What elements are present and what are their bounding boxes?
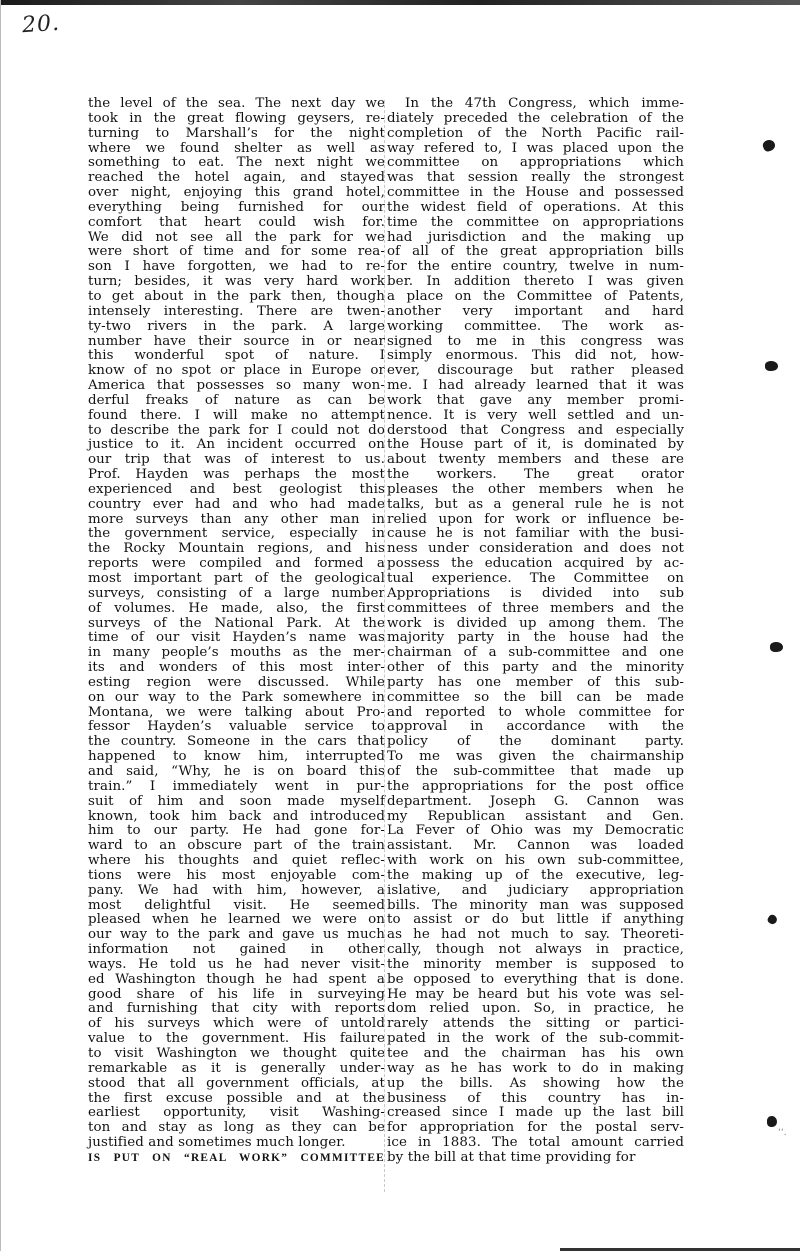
text-line: another very important and hard bbox=[387, 305, 684, 320]
text-line: cause he is not familiar with the busi- bbox=[387, 527, 684, 542]
text-line: for appropriation for the postal serv- bbox=[387, 1121, 684, 1136]
text-line: this wonderful spot of nature. I bbox=[88, 349, 385, 364]
text-line: took in the great flowing geysers, re- bbox=[88, 112, 385, 127]
text-line: derful freaks of nature as can be bbox=[88, 394, 385, 409]
text-line: diately preceded the celebration of the bbox=[387, 112, 684, 127]
text-line: up the bills. As showing how the bbox=[387, 1077, 684, 1092]
text-line: experienced and best geologist this bbox=[88, 483, 385, 498]
text-line: completion of the North Pacific rail- bbox=[387, 127, 684, 142]
text-line: to get about in the park then, though bbox=[88, 290, 385, 305]
text-line: to describe the park for I could not do bbox=[88, 424, 385, 439]
text-line: the House part of it, is dominated by bbox=[387, 438, 684, 453]
text-line: for the entire country, twelve in num- bbox=[387, 260, 684, 275]
text-line: derstood that Congress and especially bbox=[387, 424, 684, 439]
text-line: surveys, consisting of a large number bbox=[88, 587, 385, 602]
text-line: most important part of the geological bbox=[88, 572, 385, 587]
left-text-column: the level of the sea. The next day wetoo… bbox=[88, 97, 385, 1166]
text-line: of his surveys which were of untold bbox=[88, 1017, 385, 1032]
text-line: simply enormous. This did not, how- bbox=[387, 349, 684, 364]
text-line: the appropriations for the post office bbox=[387, 780, 684, 795]
text-line: on our way to the Park somewhere in bbox=[88, 691, 385, 706]
text-line: him to our party. He had gone for- bbox=[88, 824, 385, 839]
text-line: possess the education acquired by ac- bbox=[387, 557, 684, 572]
text-line: where we found shelter as well as bbox=[88, 142, 385, 157]
text-line: talks, but as a general rule he is not bbox=[387, 498, 684, 513]
text-line: by the bill at that time providing for bbox=[387, 1151, 684, 1166]
text-line: and furnishing that city with reports bbox=[88, 1002, 385, 1017]
text-line: nence. It is very well settled and un- bbox=[387, 409, 684, 424]
text-line: ways. He told us he had never visit- bbox=[88, 958, 385, 973]
text-line: in many people’s mouths as the mer- bbox=[88, 646, 385, 661]
text-line: turning to Marshall’s for the night bbox=[88, 127, 385, 142]
text-line: ty-two rivers in the park. A large bbox=[88, 320, 385, 335]
right-text-column: In the 47th Congress, which imme-diately… bbox=[387, 97, 684, 1166]
text-line: ton and stay as long as they can be bbox=[88, 1121, 385, 1136]
text-line: number have their source in or near bbox=[88, 335, 385, 350]
text-line: policy of the dominant party. bbox=[387, 735, 684, 750]
text-line: turn; besides, it was very hard work bbox=[88, 275, 385, 290]
text-line: way refered to, I was placed upon the bbox=[387, 142, 684, 157]
text-line: chairman of a sub-committee and one bbox=[387, 646, 684, 661]
text-line: committees of three members and the bbox=[387, 602, 684, 617]
text-line: esting region were discussed. While bbox=[88, 676, 385, 691]
text-line: He may be heard but his vote was sel- bbox=[387, 988, 684, 1003]
text-line: America that possesses so many won- bbox=[88, 379, 385, 394]
text-line: In the 47th Congress, which imme- bbox=[387, 97, 684, 112]
text-line: ed Washington though he had spent a bbox=[88, 973, 385, 988]
text-line: majority party in the house had the bbox=[387, 631, 684, 646]
text-line: something to eat. The next night we bbox=[88, 156, 385, 171]
scan-top-edge bbox=[0, 0, 800, 5]
text-line: most delightful visit. He seemed bbox=[88, 899, 385, 914]
text-line: a place on the Committee of Patents, bbox=[387, 290, 684, 305]
text-line: the government service, especially in bbox=[88, 527, 385, 542]
text-line: more surveys than any other man in bbox=[88, 513, 385, 528]
text-line: cally, though not always in practice, bbox=[387, 943, 684, 958]
text-line: its and wonders of this most inter- bbox=[88, 661, 385, 676]
text-line: known, took him back and introduced bbox=[88, 810, 385, 825]
text-line: surveys of the National Park. At the bbox=[88, 617, 385, 632]
text-line: with work on his own sub-committee, bbox=[387, 854, 684, 869]
text-line: tee and the chairman has his own bbox=[387, 1047, 684, 1062]
text-line: Montana, we were talking about Pro- bbox=[88, 706, 385, 721]
text-line: tions were his most enjoyable com- bbox=[88, 869, 385, 884]
text-line: had jurisdiction and the making up bbox=[387, 231, 684, 246]
text-line: business of this country has in- bbox=[387, 1092, 684, 1107]
text-line: stood that all government officials, at bbox=[88, 1077, 385, 1092]
text-line: be opposed to everything that is done. bbox=[387, 973, 684, 988]
text-line: time the committee on appropriations bbox=[387, 216, 684, 231]
text-line: creased since I made up the last bill bbox=[387, 1106, 684, 1121]
text-line: pleased when he learned we were on bbox=[88, 913, 385, 928]
text-line: work is divided up among them. The bbox=[387, 617, 684, 632]
text-line: everything being furnished for our bbox=[88, 201, 385, 216]
text-line: Appropriations is divided into sub bbox=[387, 587, 684, 602]
text-line: me. I had already learned that it was bbox=[387, 379, 684, 394]
text-line: happened to know him, interrupted bbox=[88, 750, 385, 765]
text-line: suit of him and soon made myself bbox=[88, 795, 385, 810]
text-line: over night, enjoying this grand hotel, bbox=[88, 186, 385, 201]
margin-blot-mark bbox=[761, 138, 776, 152]
handwritten-page-number: 20. bbox=[21, 11, 61, 39]
text-line: to assist or do but little if anything bbox=[387, 913, 684, 928]
text-line: earliest opportunity, visit Washing- bbox=[88, 1106, 385, 1121]
margin-blot-mark bbox=[766, 913, 778, 925]
text-line: working committee. The work as- bbox=[387, 320, 684, 335]
text-line: son I have forgotten, we had to re- bbox=[88, 260, 385, 275]
text-line: information not gained in other bbox=[88, 943, 385, 958]
text-line: the country. Someone in the cars that bbox=[88, 735, 385, 750]
text-line: tual experience. The Committee on bbox=[387, 572, 684, 587]
text-line: pany. We had with him, however, a bbox=[88, 884, 385, 899]
text-line: of all of the great appropriation bills bbox=[387, 245, 684, 260]
text-line: To me was given the chairmanship bbox=[387, 750, 684, 765]
text-line: committee so the bill can be made bbox=[387, 691, 684, 706]
text-line: Prof. Hayden was perhaps the most bbox=[88, 468, 385, 483]
text-line: islative, and judiciary appropriation bbox=[387, 884, 684, 899]
text-line: justice to it. An incident occurred on bbox=[88, 438, 385, 453]
text-line: reached the hotel again, and stayed bbox=[88, 171, 385, 186]
text-line: justified and sometimes much longer. bbox=[88, 1136, 385, 1151]
text-line: the Rocky Mountain regions, and his bbox=[88, 542, 385, 557]
text-line: party has one member of this sub- bbox=[387, 676, 684, 691]
text-line: good share of his life in surveying bbox=[88, 988, 385, 1003]
text-line: way as he has work to do in making bbox=[387, 1062, 684, 1077]
margin-blot-mark bbox=[765, 361, 778, 371]
text-line: dom relied upon. So, in practice, he bbox=[387, 1002, 684, 1017]
text-line: time of our visit Hayden’s name was bbox=[88, 631, 385, 646]
margin-blot-mark bbox=[770, 642, 783, 652]
text-line: was that session really the strongest bbox=[387, 171, 684, 186]
text-line: other of this party and the minority bbox=[387, 661, 684, 676]
text-line: of volumes. He made, also, the first bbox=[88, 602, 385, 617]
text-line: train.” I immediately went in pur- bbox=[88, 780, 385, 795]
text-line: the minority member is supposed to bbox=[387, 958, 684, 973]
text-line: remarkable as it is generally under- bbox=[88, 1062, 385, 1077]
text-line: about twenty members and these are bbox=[387, 453, 684, 468]
text-line: signed to me in this congress was bbox=[387, 335, 684, 350]
text-line: ice in 1883. The total amount carried bbox=[387, 1136, 684, 1151]
text-line: ward to an obscure part of the train bbox=[88, 839, 385, 854]
text-line: department. Joseph G. Cannon was bbox=[387, 795, 684, 810]
text-line: the first excuse possible and at the bbox=[88, 1092, 385, 1107]
text-line: of the sub-committee that made up bbox=[387, 765, 684, 780]
text-line: my Republican assistant and Gen. bbox=[387, 810, 684, 825]
text-line: the widest field of operations. At this bbox=[387, 201, 684, 216]
text-line: committee on appropriations which bbox=[387, 156, 684, 171]
text-line: found there. I will make no attempt bbox=[88, 409, 385, 424]
text-line: pated in the work of the sub-commit- bbox=[387, 1032, 684, 1047]
text-line: fessor Hayden’s valuable service to bbox=[88, 720, 385, 735]
text-line: and said, “Why, he is on board this bbox=[88, 765, 385, 780]
column-divider bbox=[384, 100, 385, 1192]
text-line: country ever had and who had made bbox=[88, 498, 385, 513]
text-line: assistant. Mr. Cannon was loaded bbox=[387, 839, 684, 854]
text-line: the workers. The great orator bbox=[387, 468, 684, 483]
text-line: to visit Washington we thought quite bbox=[88, 1047, 385, 1062]
text-line: rarely attends the sitting or partici- bbox=[387, 1017, 684, 1032]
text-line: We did not see all the park for we bbox=[88, 231, 385, 246]
text-line: pleases the other members when he bbox=[387, 483, 684, 498]
text-line: as he had not much to say. Theoreti- bbox=[387, 928, 684, 943]
text-line: the making up of the executive, leg- bbox=[387, 869, 684, 884]
section-subheading: IS PUT ON “REAL WORK” COMMITTEE bbox=[88, 1151, 385, 1166]
text-line: the level of the sea. The next day we bbox=[88, 97, 385, 112]
text-line: committee in the House and possessed bbox=[387, 186, 684, 201]
margin-blot-mark bbox=[767, 1116, 777, 1127]
text-line: were short of time and for some rea- bbox=[88, 245, 385, 260]
margin-specks: ‘‘. bbox=[778, 1128, 787, 1138]
text-line: know of no spot or place in Europe or bbox=[88, 364, 385, 379]
text-line: ness under consideration and does not bbox=[387, 542, 684, 557]
text-line: ber. In addition thereto I was given bbox=[387, 275, 684, 290]
scan-left-edge bbox=[0, 0, 1, 1251]
text-line: our way to the park and gave us much bbox=[88, 928, 385, 943]
text-line: approval in accordance with the bbox=[387, 720, 684, 735]
text-line: work that gave any member promi- bbox=[387, 394, 684, 409]
text-line: La Fever of Ohio was my Democratic bbox=[387, 824, 684, 839]
text-line: and reported to whole committee for bbox=[387, 706, 684, 721]
text-line: where his thoughts and quiet reflec- bbox=[88, 854, 385, 869]
text-line: relied upon for work or influence be- bbox=[387, 513, 684, 528]
text-line: reports were compiled and formed a bbox=[88, 557, 385, 572]
text-line: ever, discourage but rather pleased bbox=[387, 364, 684, 379]
text-line: value to the government. His failure bbox=[88, 1032, 385, 1047]
text-line: our trip that was of interest to us. bbox=[88, 453, 385, 468]
text-line: comfort that heart could wish for. bbox=[88, 216, 385, 231]
text-line: intensely interesting. There are twen- bbox=[88, 305, 385, 320]
text-line: bills. The minority man was supposed bbox=[387, 899, 684, 914]
